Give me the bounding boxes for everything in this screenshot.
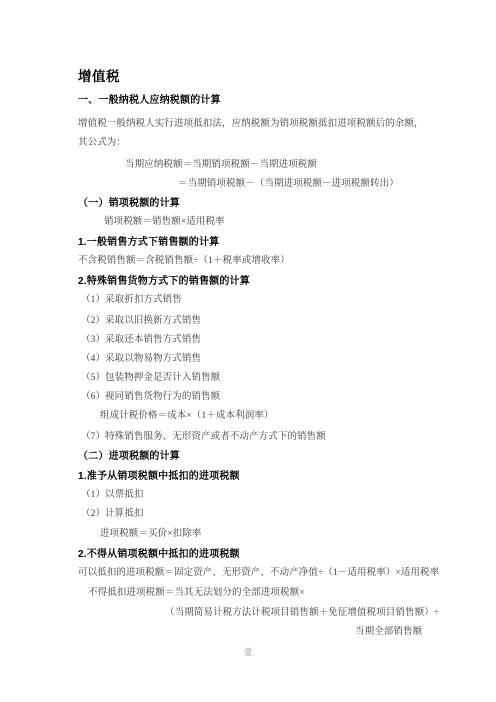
formula-line: 组成计税价格＝成本×（1＋成本利润率） [100, 411, 274, 422]
sub-heading: 1.一般销售方式下销售额的计算 [78, 237, 219, 249]
sub-heading: 2.不得从销项税额中抵扣的进项税额 [78, 549, 240, 561]
sub-heading: 1.准予从销项税额中抵扣的进项税额 [78, 471, 240, 483]
list-item: （1）以票抵扣 [81, 490, 143, 501]
formula-line: 进项税额＝买价×扣除率 [100, 529, 201, 540]
formula-line: （当期简易计税方法计税项目销售额＋免征增值税项目销售额）÷ [165, 608, 439, 619]
list-item: （5）包装物押金是否计入销售额 [81, 373, 220, 384]
list-item: （4）采取以物易物方式销售 [81, 354, 201, 365]
paragraph: 不含税销售额＝含税销售额÷（1＋税率或增收率） [78, 256, 290, 267]
paragraph: 可以抵扣的进项税额＝固定资产、无形资产、不动产净值÷（1－适用税率）×适用税率 [78, 568, 439, 579]
formula-line: 当期应纳税额＝当期销项税额－当期进项税额 [125, 160, 317, 171]
formula-line: ＝当期销项税额－（当期进项税额－进项税额转出） [178, 179, 399, 190]
document-title: 增值税 [78, 69, 120, 85]
formula-line: 当期全部销售额 [355, 627, 422, 638]
list-item: （2）计算抵扣 [81, 509, 143, 520]
list-item: （6）视同销售货物行为的销售额 [81, 392, 220, 403]
document-page: 增值税 一、一般纳税人应纳税额的计算 增值税一般纳税人实行进项抵扣法，应纳税额为… [0, 0, 496, 702]
sub-heading: 2.特殊销售货物方式下的销售额的计算 [78, 276, 250, 288]
section-heading-1: 一、一般纳税人应纳税额的计算 [78, 95, 221, 107]
section-heading-2: （二）进项税额的计算 [78, 451, 180, 463]
section-heading-2: （一）销项税额的计算 [78, 198, 180, 210]
list-item: （7）特殊销售服务、无形资产或者不动产方式下的销售额 [81, 432, 326, 443]
list-item: （2）采取以旧换新方式销售 [81, 316, 201, 327]
list-item: （1）采取折扣方式销售 [81, 295, 182, 306]
list-item: （3）采取还本销售方式销售 [81, 335, 201, 346]
formula-line: 销项税额＝销售额×适用税率 [104, 217, 225, 228]
page-number: 壹 [0, 648, 496, 658]
paragraph: 增值税一般纳税人实行进项抵扣法，应纳税额为销项税额抵扣进项税额后的余额， [78, 119, 424, 130]
formula-line: 不得抵扣进项税额＝当其无法划分的全部进项税额× [88, 588, 305, 599]
paragraph: 其公式为： [78, 138, 126, 149]
